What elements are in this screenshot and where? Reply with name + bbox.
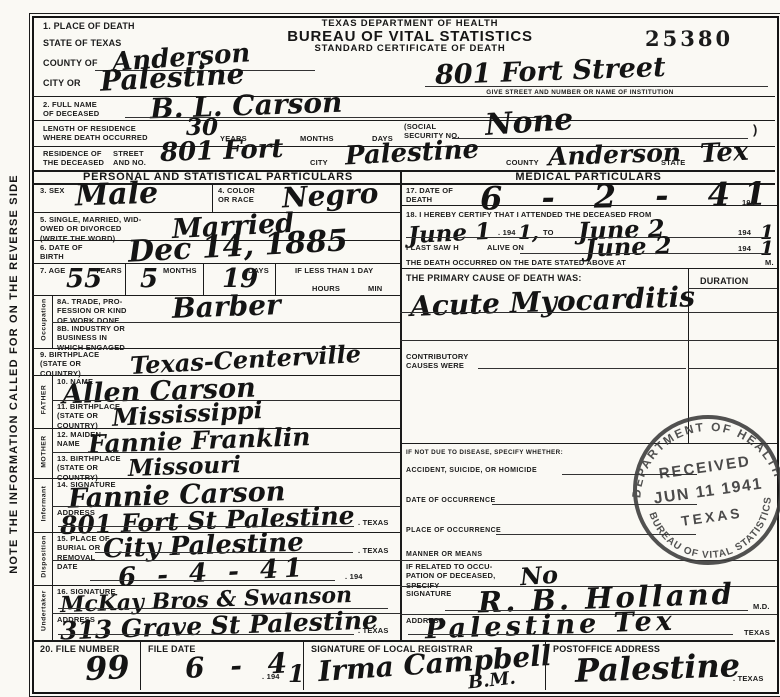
place-of-occurrence-label: PLACE OF OCCURRENCE <box>406 527 501 536</box>
divider-line <box>400 268 777 269</box>
street-and-no-label: STREET AND NO. <box>113 149 146 168</box>
sex-handwritten: Male <box>75 179 159 212</box>
undertaker-address-state: . TEXAS <box>358 626 389 635</box>
death-date-label: 17. DATE OF DEATH <box>406 186 453 205</box>
ssn-handwritten: None <box>484 105 574 141</box>
burial-date-printed: . 194 <box>345 572 363 581</box>
street-handwritten: 801 Fort Street <box>435 54 666 89</box>
physician-signature-label: SIGNATURE <box>406 589 451 598</box>
last-saw-year-handwritten: 1 <box>760 238 774 258</box>
hours-label: HOURS <box>312 284 340 293</box>
birth-date-label: 6. DATE OF BIRTH <box>40 243 83 262</box>
divider-line <box>400 205 777 206</box>
last-saw-printed: 194 <box>738 244 751 253</box>
age-years-label: YEARS <box>95 266 122 275</box>
physician-address-state: TEXAS <box>744 628 770 637</box>
contributory-label: CONTRIBUTORY CAUSES WERE <box>406 352 468 371</box>
residence-state-handwritten: Tex <box>699 139 749 167</box>
mother-side-label: MOTHER <box>41 427 48 477</box>
received-stamp: DEPARTMENT OF HEALTH BUREAU OF VITAL STA… <box>611 393 780 587</box>
burial-date-label: DATE <box>57 562 78 571</box>
death-occurred-label: THE DEATH OCCURRED ON THE DATE STATED AB… <box>406 258 626 267</box>
attended-from-printed: . 194 <box>498 228 516 237</box>
divider-line <box>140 640 141 690</box>
manner-or-means-label: MANNER OR MEANS <box>406 551 482 560</box>
physician-address-underline <box>408 634 733 635</box>
meridian-label: M. <box>765 258 774 267</box>
certificate-document: NOTE THE INFORMATION CALLED FOR ON THE R… <box>0 0 780 697</box>
received-stamp-svg: DEPARTMENT OF HEALTH BUREAU OF VITAL STA… <box>611 393 780 587</box>
divider-line <box>688 288 777 289</box>
full-name-handwritten: B. L. Carson <box>150 89 343 124</box>
min-label: MIN <box>368 284 382 293</box>
accident-suicide-label: ACCIDENT, SUICIDE, OR HOMICIDE <box>406 467 537 476</box>
county-of-label: COUNTY OF <box>43 58 98 69</box>
race-handwritten: Negro <box>281 179 379 212</box>
occupation-side-label: Occupation <box>41 295 48 345</box>
informant-address-underline <box>58 526 354 527</box>
age-months-label: MONTHS <box>163 266 197 275</box>
divider-line <box>545 640 546 690</box>
divider-line <box>52 532 53 585</box>
residence-length-label: LENGTH OF RESIDENCE WHERE DEATH OCCURRED <box>43 124 148 143</box>
last-saw-underline <box>520 253 771 254</box>
dept-header-line3: STANDARD CERTIFICATE OF DEATH <box>250 43 570 54</box>
trade-handwritten: Barber <box>172 291 282 323</box>
undertaker-side-label: Undertaker <box>41 586 48 636</box>
divider-line <box>400 312 777 313</box>
divider-line <box>400 340 777 341</box>
burial-underline <box>95 552 353 553</box>
birthplace-label: 9. BIRTHPLACE (STATE OR COUNTRY) <box>40 350 99 378</box>
contributory-underline <box>478 368 686 369</box>
informant-side-label: Informant <box>41 479 48 529</box>
divider-line <box>32 640 775 642</box>
marital-label: 5. SINGLE, MARRIED, WID- OWED OR DIVORCE… <box>40 215 141 243</box>
disposition-side-label: Disposition <box>41 532 48 582</box>
divider-line <box>303 640 304 690</box>
trade-label: 8A. TRADE, PRO- FESSION OR KIND OF WORK … <box>57 297 127 325</box>
father-side-label: FATHER <box>41 375 48 425</box>
certificate-number: 25380 <box>645 26 733 51</box>
burial-state: . TEXAS <box>358 546 389 555</box>
age-months-handwritten: 5 <box>140 266 158 292</box>
street-underline <box>425 86 768 87</box>
file-date-printed: . 194 <box>262 672 280 681</box>
postoffice-handwritten: Palestine <box>574 649 740 687</box>
date-of-occurrence-label: DATE OF OCCURRENCE <box>406 497 496 506</box>
race-label: 4. COLOR OR RACE <box>218 186 255 205</box>
divider-line <box>52 478 53 532</box>
months-label: MONTHS <box>300 134 334 143</box>
file-number-handwritten: 99 <box>84 651 130 685</box>
column-divider <box>400 170 402 640</box>
residence-street-handwritten: 801 Fort <box>160 136 284 166</box>
age-label: 7. AGE <box>40 266 66 275</box>
attended-from-year-handwritten: 1, <box>518 222 539 242</box>
full-name-label: 2. FULL NAME OF DECEASED <box>43 100 99 119</box>
reverse-side-note: NOTE THE INFORMATION CALLED FOR ON THE R… <box>8 114 20 634</box>
divider-line <box>32 120 775 121</box>
ssn-close-paren: ) <box>753 122 758 138</box>
divider-line <box>52 375 53 428</box>
divider-line <box>52 322 400 323</box>
mother-birthplace-handwritten: Missouri <box>128 453 242 480</box>
undertaker-address-underline <box>58 634 354 635</box>
stamp-state-text: TEXAS <box>680 505 743 529</box>
divider-line <box>32 96 775 97</box>
city-or-label: CITY OR <box>43 78 81 89</box>
last-saw-handwritten: June 2 <box>585 233 672 260</box>
burial-date-underline <box>90 580 335 581</box>
state-of-texas-label: STATE OF TEXAS <box>43 38 121 49</box>
postoffice-state: . TEXAS <box>733 674 764 683</box>
age-days-label: DAYS <box>248 266 269 275</box>
alive-on-label: ALIVE ON <box>487 243 524 252</box>
duration-label: DURATION <box>700 276 748 287</box>
divider-line <box>688 368 777 369</box>
sex-label: 3. SEX <box>40 186 65 195</box>
last-saw-label: I LAST SAW H <box>406 243 459 252</box>
residence-of-label: RESIDENCE OF THE DECEASED <box>43 149 104 168</box>
primary-cause-label: THE PRIMARY CAUSE OF DEATH WAS: <box>406 273 582 284</box>
informant-address-state: . TEXAS <box>358 518 389 527</box>
residence-state-label: STATE <box>661 158 685 167</box>
attended-to-label: TO <box>543 228 554 237</box>
if-less-than-day-label: IF LESS THAN 1 DAY <box>295 266 373 275</box>
residence-city-label: CITY <box>310 158 328 167</box>
divider-line <box>125 263 126 295</box>
residence-city-handwritten: Palestine <box>344 137 479 170</box>
place-of-death-label: 1. PLACE OF DEATH <box>43 21 135 32</box>
attended-to-printed: 194 <box>738 228 751 237</box>
registrar-initials-handwritten: B.M. <box>467 670 516 693</box>
divider-line <box>212 183 213 212</box>
md-label: M.D. <box>753 602 770 611</box>
if-not-disease-label: IF NOT DUE TO DISEASE, SPECIFY WHETHER: <box>406 449 563 457</box>
divider-line <box>52 428 53 478</box>
residence-county-label: COUNTY <box>506 158 539 167</box>
